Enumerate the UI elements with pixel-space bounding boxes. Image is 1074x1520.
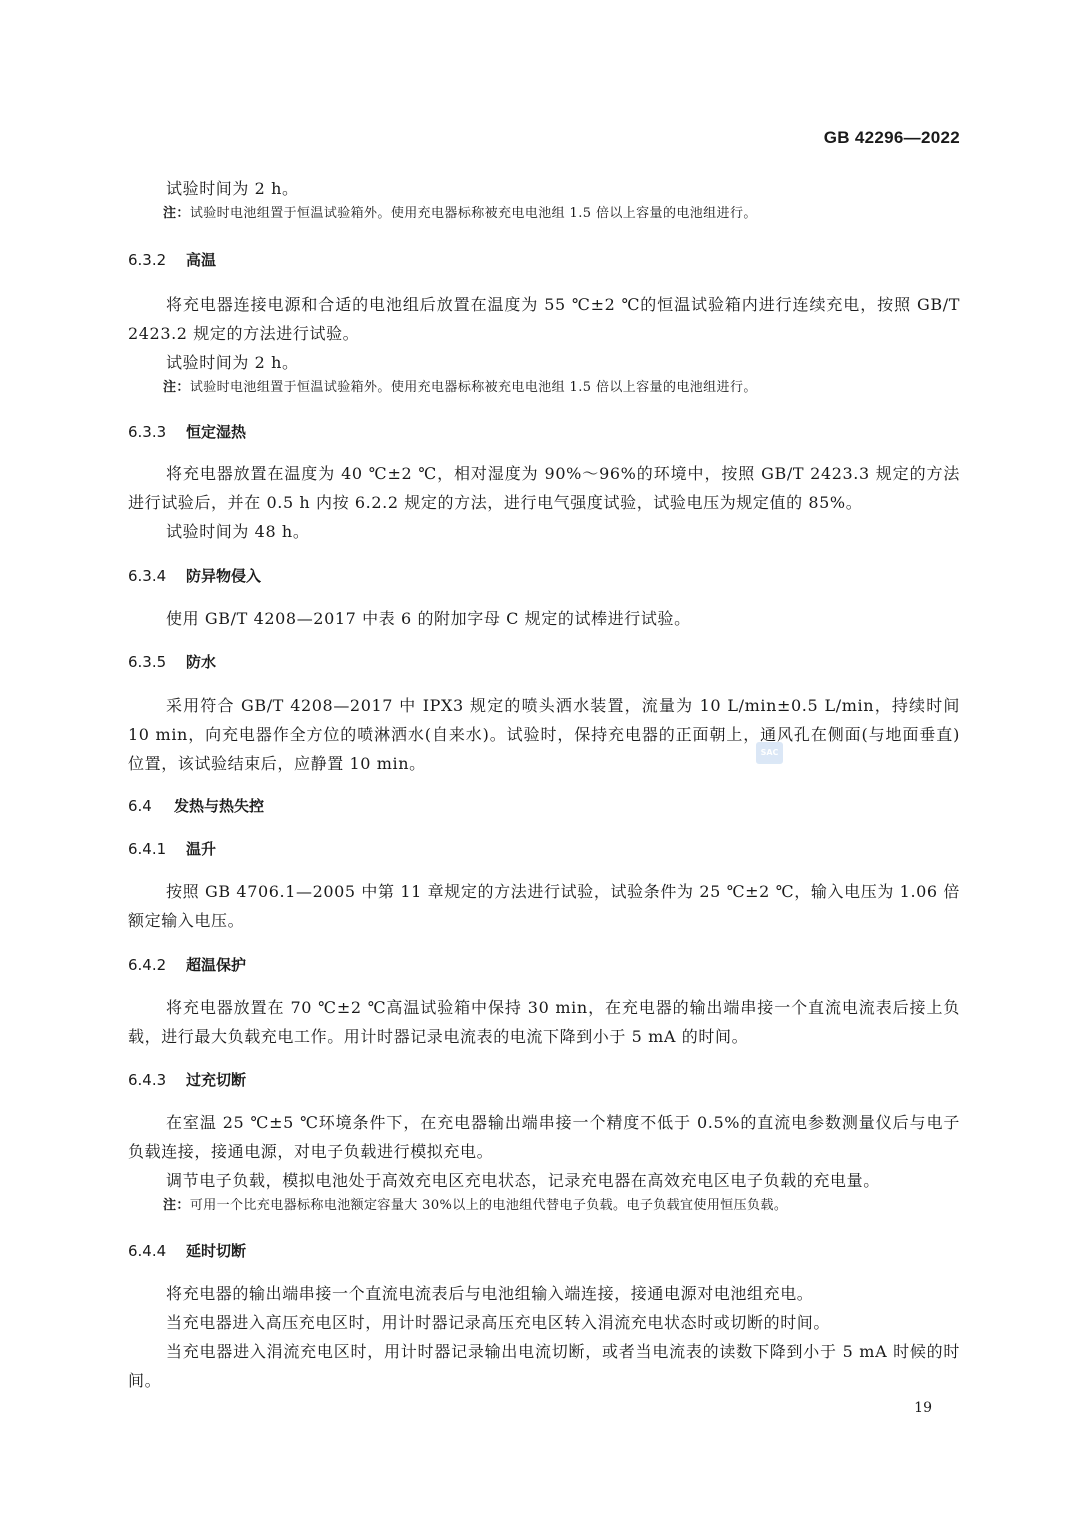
paragraph: 在室温 25 ℃±5 ℃环境条件下，在充电器输出端串接一个精度不低于 0.5%的… [128,1108,960,1166]
section-6-3-4-body: 使用 GB/T 4208—2017 中表 6 的附加字母 C 规定的试棒进行试验… [128,604,960,633]
section-6-3-3: 6.3.3恒定湿热 [128,420,960,444]
section-heading: 6.4.2超温保护 [128,953,960,977]
section-title: 延时切断 [186,1242,246,1260]
test-duration: 试验时间为 2 h。 [128,174,960,203]
paragraph: 采用符合 GB/T 4208—2017 中 IPX3 规定的喷头洒水装置，流量为… [128,691,960,778]
paragraph-line: 将充电器的输出端串接一个直流电流表后与电池组输入端连接，接通电源对电池组充电。 [128,1279,960,1308]
standard-number: GB 42296—2022 [824,128,960,148]
paragraph: 使用 GB/T 4208—2017 中表 6 的附加字母 C 规定的试棒进行试验… [128,604,960,633]
section-top-continuation: 试验时间为 2 h。 注：试验时电池组置于恒温试验箱外。使用充电器标称被充电电池… [128,174,960,225]
section-heading: 6.3.2高温 [128,248,960,272]
note-label: 注： [163,1198,190,1213]
section-title: 高温 [186,251,216,269]
note: 注：试验时电池组置于恒温试验箱外。使用充电器标称被充电电池组 1.5 倍以上容量… [128,203,960,225]
test-duration: 试验时间为 48 h。 [128,517,960,546]
note-text: 可用一个比充电器标称电池额定容量大 30%以上的电池组代替电子负载。电子负载宜使… [190,1198,787,1213]
section-title: 防水 [186,653,216,671]
section-heading: 6.4.4延时切断 [128,1239,960,1263]
test-duration: 试验时间为 2 h。 [128,348,960,377]
paragraph: 将充电器连接电源和合适的电池组后放置在温度为 55 ℃±2 ℃的恒温试验箱内进行… [128,290,960,348]
section-6-4: 6.4发热与热失控 [128,794,960,818]
section-6-3-5: 6.3.5防水 [128,650,960,674]
section-number: 6.3.5 [128,650,186,674]
section-heading: 6.4.1温升 [128,837,960,861]
section-title: 恒定湿热 [186,423,246,441]
section-6-3-2: 6.3.2高温 [128,248,960,272]
section-title: 发热与热失控 [174,797,264,815]
section-heading: 6.4发热与热失控 [128,794,960,818]
watermark-logo: SAC [756,742,783,764]
section-6-4-3: 6.4.3过充切断 [128,1068,960,1092]
note-text: 试验时电池组置于恒温试验箱外。使用充电器标称被充电电池组 1.5 倍以上容量的电… [190,206,757,221]
section-number: 6.3.4 [128,564,186,588]
section-6-3-5-body: 采用符合 GB/T 4208—2017 中 IPX3 规定的喷头洒水装置，流量为… [128,691,960,778]
note: 注：试验时电池组置于恒温试验箱外。使用充电器标称被充电电池组 1.5 倍以上容量… [128,377,960,399]
section-6-4-4-body: 将充电器的输出端串接一个直流电流表后与电池组输入端连接，接通电源对电池组充电。 … [128,1279,960,1395]
section-number: 6.4.3 [128,1068,186,1092]
section-number: 6.4.1 [128,837,186,861]
section-6-4-2: 6.4.2超温保护 [128,953,960,977]
note-label: 注： [163,380,190,395]
note-label: 注： [163,206,190,221]
section-title: 防异物侵入 [186,567,261,585]
section-number: 6.4 [128,794,174,818]
section-6-4-1-body: 按照 GB 4706.1—2005 中第 11 章规定的方法进行试验，试验条件为… [128,877,960,935]
paragraph: 按照 GB 4706.1—2005 中第 11 章规定的方法进行试验，试验条件为… [128,877,960,935]
section-title: 温升 [186,840,216,858]
note-text: 试验时电池组置于恒温试验箱外。使用充电器标称被充电电池组 1.5 倍以上容量的电… [190,380,757,395]
section-heading: 6.3.3恒定湿热 [128,420,960,444]
section-title: 过充切断 [186,1071,246,1089]
paragraph: 将充电器放置在 70 ℃±2 ℃高温试验箱中保持 30 min，在充电器的输出端… [128,993,960,1051]
section-number: 6.3.3 [128,420,186,444]
section-number: 6.4.4 [128,1239,186,1263]
paragraph: 当充电器进入涓流充电区时，用计时器记录输出电流切断，或者当电流表的读数下降到小于… [128,1337,960,1395]
note: 注：可用一个比充电器标称电池额定容量大 30%以上的电池组代替电子负载。电子负载… [128,1195,960,1217]
section-6-4-3-body: 在室温 25 ℃±5 ℃环境条件下，在充电器输出端串接一个精度不低于 0.5%的… [128,1108,960,1217]
page-number: 19 [914,1400,932,1416]
section-6-3-2-body: 将充电器连接电源和合适的电池组后放置在温度为 55 ℃±2 ℃的恒温试验箱内进行… [128,290,960,399]
section-6-4-1: 6.4.1温升 [128,837,960,861]
paragraph-line: 当充电器进入高压充电区时，用计时器记录高压充电区转入涓流充电状态时或切断的时间。 [128,1308,960,1337]
section-heading: 6.4.3过充切断 [128,1068,960,1092]
section-6-4-2-body: 将充电器放置在 70 ℃±2 ℃高温试验箱中保持 30 min，在充电器的输出端… [128,993,960,1051]
section-number: 6.4.2 [128,953,186,977]
section-6-4-4: 6.4.4延时切断 [128,1239,960,1263]
paragraph: 将充电器放置在温度为 40 ℃±2 ℃，相对湿度为 90%～96%的环境中，按照… [128,459,960,517]
section-heading: 6.3.4防异物侵入 [128,564,960,588]
section-number: 6.3.2 [128,248,186,272]
paragraph-line: 调节电子负载，模拟电池处于高效充电区充电状态，记录充电器在高效充电区电子负载的充… [128,1166,960,1195]
section-heading: 6.3.5防水 [128,650,960,674]
section-title: 超温保护 [186,956,246,974]
section-6-3-4: 6.3.4防异物侵入 [128,564,960,588]
section-6-3-3-body: 将充电器放置在温度为 40 ℃±2 ℃，相对湿度为 90%～96%的环境中，按照… [128,459,960,546]
